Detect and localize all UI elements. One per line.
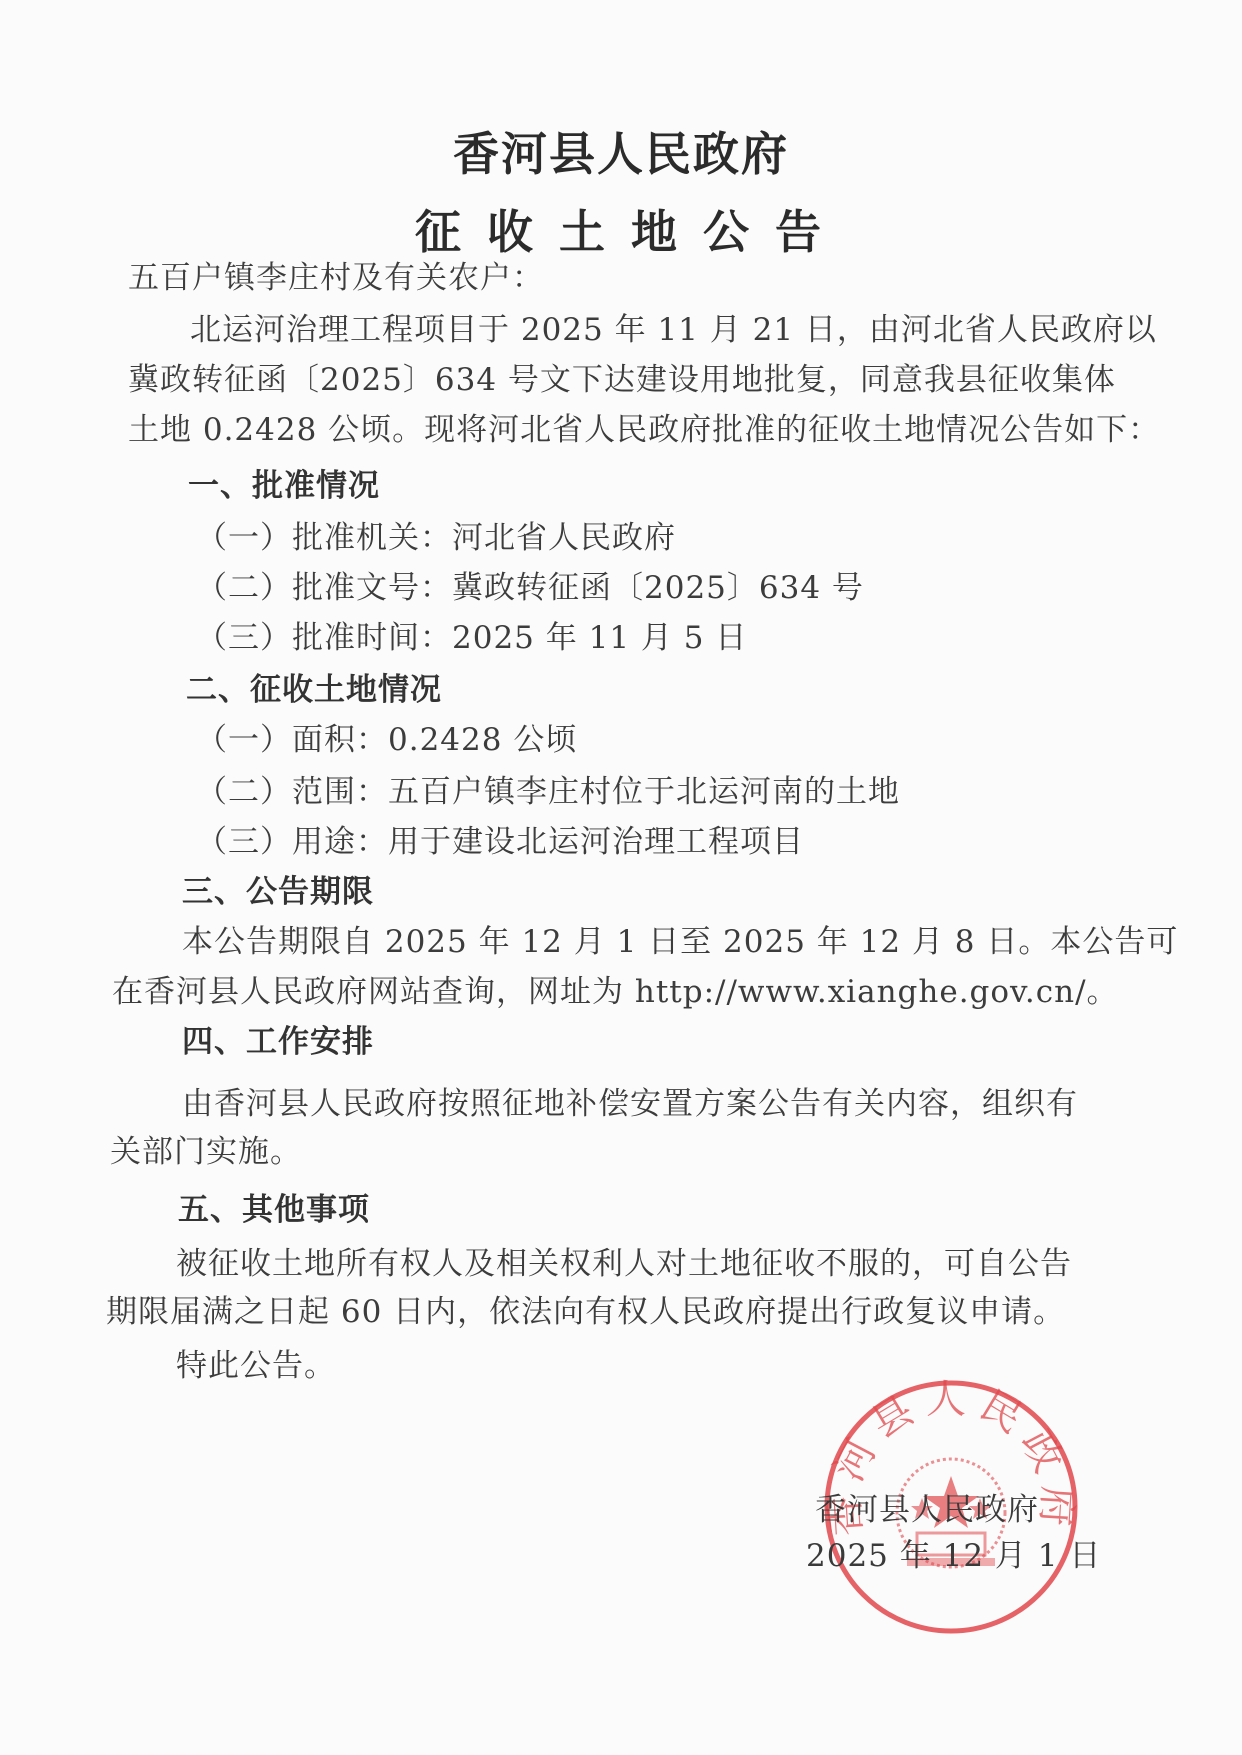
arrangement-line-2: 关部门实施。 xyxy=(110,1132,302,1172)
other-line-2: 期限届满之日起 60 日内，依法向有权人民政府提出行政复议申请。 xyxy=(106,1292,1065,1332)
notice-page: 香河县人民政府 征收土地公告 五百户镇李庄村及有关农户： 北运河治理工程项目于 … xyxy=(0,0,1242,1755)
signature-date: 2025 年 12 月 1 日 xyxy=(806,1530,1101,1575)
document-title: 香河县人民政府 xyxy=(0,118,1242,184)
document-subtitle: 征收土地公告 xyxy=(0,196,1242,262)
section-heading-period: 三、公告期限 xyxy=(182,872,374,912)
section-heading-approval: 一、批准情况 xyxy=(188,466,380,506)
approval-date: （三）批准时间：2025 年 11 月 5 日 xyxy=(196,618,747,658)
section-heading-arrangement: 四、工作安排 xyxy=(182,1022,374,1062)
arrangement-line-1: 由香河县人民政府按照征地补偿安置方案公告有关内容，组织有 xyxy=(182,1084,1078,1124)
other-line-1: 被征收土地所有权人及相关权利人对土地征收不服的，可自公告 xyxy=(176,1244,1072,1284)
intro-line-3: 土地 0.2428 公顷。现将河北省人民政府批准的征收土地情况公告如下： xyxy=(128,410,1160,450)
section-heading-land: 二、征收土地情况 xyxy=(186,670,442,710)
intro-line-2: 冀政转征函〔2025〕634 号文下达建设用地批复，同意我县征收集体 xyxy=(128,360,1116,400)
period-line-2: 在香河县人民政府网站查询，网址为 http://www.xianghe.gov.… xyxy=(112,972,1119,1012)
signature-issuer: 香河县人民政府 xyxy=(815,1484,1039,1529)
intro-line-1: 北运河治理工程项目于 2025 年 11 月 21 日，由河北省人民政府以 xyxy=(190,310,1157,350)
land-area: （一）面积：0.2428 公顷 xyxy=(196,720,577,760)
approval-authority: （一）批准机关：河北省人民政府 xyxy=(196,518,676,558)
period-line-1: 本公告期限自 2025 年 12 月 1 日至 2025 年 12 月 8 日。… xyxy=(182,922,1178,962)
land-purpose: （三）用途：用于建设北运河治理工程项目 xyxy=(196,822,804,862)
section-heading-other: 五、其他事项 xyxy=(178,1190,370,1230)
land-scope: （二）范围：五百户镇李庄村位于北运河南的土地 xyxy=(196,772,900,812)
closing-remark: 特此公告。 xyxy=(176,1346,336,1386)
approval-document-number: （二）批准文号：冀政转征函〔2025〕634 号 xyxy=(196,568,864,608)
salutation: 五百户镇李庄村及有关农户： xyxy=(128,258,544,298)
